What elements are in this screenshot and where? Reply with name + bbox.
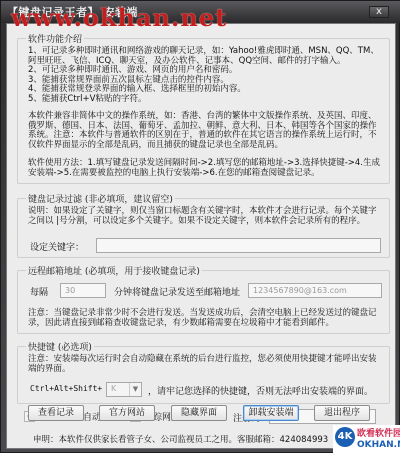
filter-legend: 键盘记录过滤 (非必填项，建议留空)	[26, 192, 175, 205]
hide-ui-button[interactable]: 隐藏界面	[171, 405, 227, 421]
hotkey-prefix: Ctrl+Alt+Shift+	[30, 384, 102, 393]
close-icon: x	[376, 6, 382, 17]
interval-label: 每隔	[30, 285, 48, 298]
features-group: 软件功能介绍 1、可记录多种即时通讯和网络游戏的聊天记录，如：Yahoo!雅虎即…	[17, 38, 390, 184]
send-label: 分钟将键盘记录发送至邮箱地址	[114, 285, 240, 298]
close-button[interactable]: x	[369, 6, 389, 18]
uninstall-button[interactable]: 卸载安装端	[243, 405, 299, 421]
logo-4k-icon: 4K	[335, 427, 355, 447]
compat-text: 本软件兼容非简体中文的操作系统，如：香港、台湾的繁体中文版操作系统、及英国、印度…	[28, 112, 381, 150]
filter-note: 说明：如果设定了关键字，则仅当窗口标题含有关键字时，本软件才会进行记录。每个关键…	[28, 207, 381, 226]
client-area: 软件功能介绍 1、可记录多种即时通讯和网络游戏的聊天记录，如：Yahoo!雅虎即…	[6, 23, 396, 449]
mail-legend: 远程邮箱地址 (必填项，用于接收键盘记录)	[26, 264, 202, 277]
exit-button[interactable]: 退出程序	[314, 405, 370, 421]
mail-group: 远程邮箱地址 (必填项，用于接收键盘记录) 每隔 30 分钟将键盘记录发送至邮箱…	[17, 270, 390, 334]
watermark-text: www.okhan.net	[11, 3, 227, 32]
hotkey-legend: 快捷键 (必选项)	[26, 340, 94, 353]
logo-en-text: OKHAN.NET	[357, 440, 400, 450]
feature-line-1: 1、可记录多种即时通讯和网络游戏的聊天记录，如：Yahoo!雅虎即时通、MSN、…	[28, 47, 381, 66]
keyword-label: 设定关键字：	[30, 240, 84, 253]
site-logo: 4K 欧看软件园 OKHAN.NET	[333, 425, 400, 453]
mail-note: 注意：当键盘记录非常少时不会进行发送。当发送成功后，会清空电脑上已经发送过的键盘…	[28, 309, 381, 328]
hotkey-hint: ，请牢记您选择的快捷键，否则无法呼出安装端的界面。	[148, 384, 373, 397]
hotkey-note: 注意：安装端每次运行时会自动隐藏在系统的后台进行监控，您必须使用快捷键才能呼出安…	[28, 355, 381, 374]
feature-line-5: 5、能捕获Ctrl+V粘贴的字符。	[28, 95, 381, 105]
filter-group: 键盘记录过滤 (非必填项，建议留空) 说明：如果设定了关键字，则仅当窗口标题含有…	[17, 198, 390, 258]
keyword-input[interactable]	[96, 238, 381, 253]
title-bar[interactable]: 【键盘记录王者】 安装端 www.okhan.net x	[1, 1, 400, 23]
disclaimer-text: 申明：本软件仅供家长看管子女、公司监视员工之用。客服邮箱：424084993	[33, 433, 328, 445]
features-legend: 软件功能介绍	[26, 32, 84, 45]
app-window: 【键盘记录王者】 安装端 www.okhan.net x 软件功能介绍 1、可记…	[0, 0, 400, 453]
hotkey-select-value: K	[111, 384, 116, 393]
logo-cn-text: 欧看软件园	[357, 426, 400, 439]
official-site-button[interactable]: 官方网站	[99, 405, 155, 421]
chevron-down-icon[interactable]: ▼	[129, 383, 141, 396]
view-records-button[interactable]: 查看记录	[28, 405, 84, 421]
email-input[interactable]: 1234567890@163.com	[248, 283, 382, 298]
usage-text: 软件使用方法：1.填写键盘记录发送间隔时间->2.填写您的邮箱地址->3.选择快…	[28, 159, 381, 178]
interval-input[interactable]: 30	[60, 283, 106, 298]
hotkey-group: 快捷键 (必选项) 注意：安装端每次运行时会自动隐藏在系统的后台进行监控，您必须…	[17, 346, 390, 404]
hotkey-select[interactable]: K ▼	[106, 382, 142, 397]
